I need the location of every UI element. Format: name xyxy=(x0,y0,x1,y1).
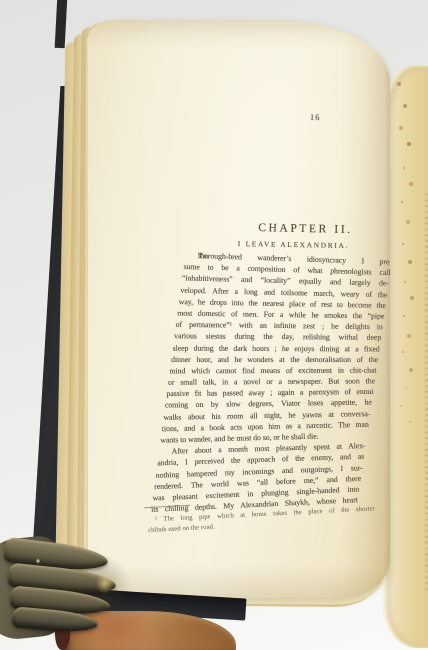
book-photo-scene: 16 CHAPTER II. I LEAVE ALEXANDRIA. The t… xyxy=(0,0,428,650)
book-page: 16 CHAPTER II. I LEAVE ALEXANDRIA. The t… xyxy=(88,20,390,598)
page-number: 16 xyxy=(310,112,321,122)
book-cover-top-edge xyxy=(55,0,68,48)
foxing-spots xyxy=(397,82,401,86)
page-curl-shading-right xyxy=(342,20,390,598)
knuckle-highlight xyxy=(36,558,40,564)
